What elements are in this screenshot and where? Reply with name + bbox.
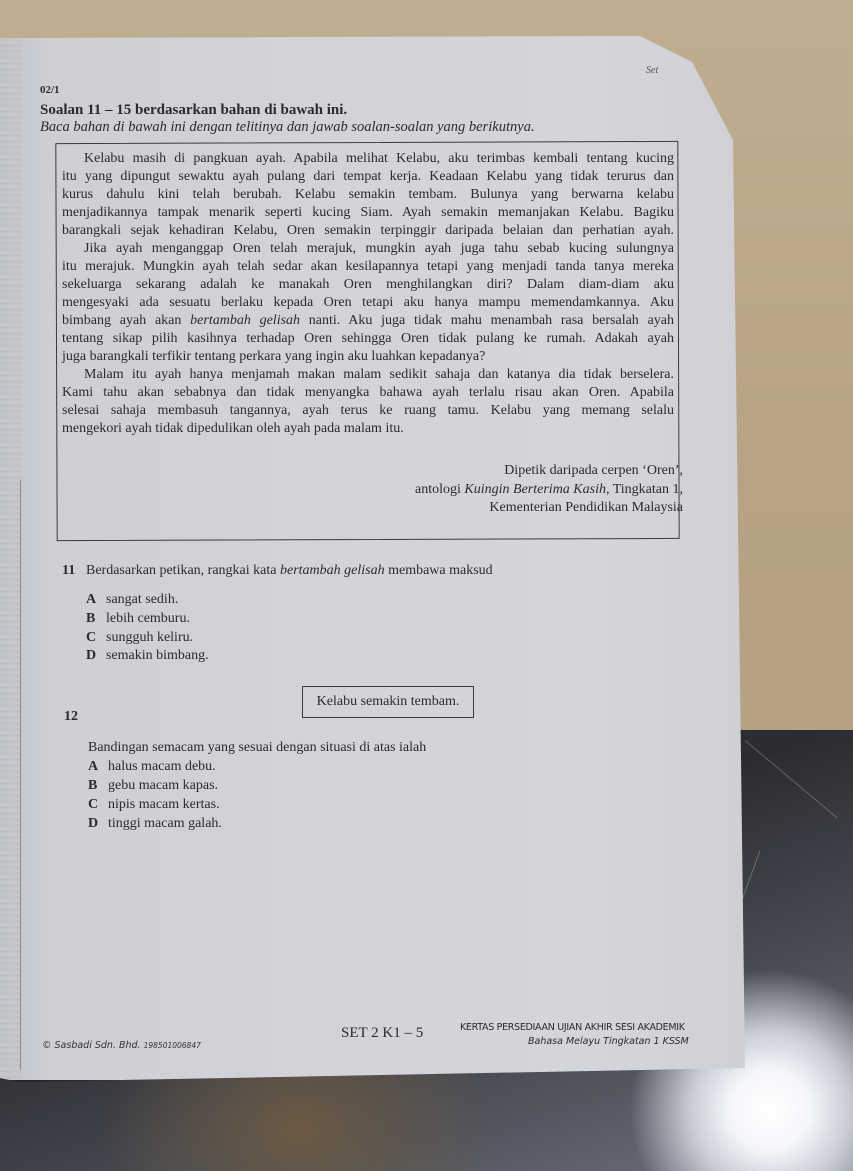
option-b[interactable]: Bgebu macam kapas. bbox=[88, 778, 218, 794]
option-text: sungguh keliru. bbox=[106, 630, 193, 645]
passage-line-end: nanti. Aku juga tidak mahu menambah rasa… bbox=[300, 313, 674, 328]
option-b[interactable]: Blebih cemburu. bbox=[86, 611, 190, 627]
passage-line: menjadikannya tampak menarik seperti kuc… bbox=[62, 204, 674, 222]
option-letter: C bbox=[86, 630, 106, 646]
passage-line: selesai sahaja membasuh tangannya, ayah … bbox=[62, 402, 674, 420]
highlighted-phrase: bertambah gelisah bbox=[190, 313, 300, 328]
option-d[interactable]: Dsemakin bimbang. bbox=[86, 648, 209, 664]
source-line-2: antologi Kuingin Berterima Kasih, Tingka… bbox=[415, 482, 683, 498]
source-suffix: , Tingkatan 1, bbox=[606, 482, 683, 497]
paper-code: 02/1 bbox=[40, 84, 60, 96]
option-a[interactable]: Ahalus macam debu. bbox=[88, 759, 216, 775]
passage-line: mengesyaki ada sesuatu berlaku kepada Or… bbox=[62, 294, 674, 312]
passage-line: Jika ayah menganggap Oren telah merajuk,… bbox=[62, 240, 674, 258]
section-instruction: Soalan 11 – 15 berdasarkan bahan di bawa… bbox=[40, 102, 347, 119]
question-stem: Bandingan semacam yang sesuai dengan sit… bbox=[88, 740, 426, 756]
option-d[interactable]: Dtinggi macam galah. bbox=[88, 816, 222, 832]
option-letter: D bbox=[86, 648, 106, 664]
question-stem: Berdasarkan petikan, rangkai kata bertam… bbox=[86, 563, 493, 579]
stem-prefix: Berdasarkan petikan, rangkai kata bbox=[86, 563, 280, 578]
page-edge-line bbox=[20, 480, 21, 1070]
source-line-3: Kementerian Pendidikan Malaysia bbox=[489, 500, 683, 516]
passage-line: Malam itu ayah hanya menjamah makan mala… bbox=[62, 366, 674, 384]
passage-line: Kelabu masih di pangkuan ayah. Apabila m… bbox=[62, 150, 674, 168]
passage-line: itu merajuk. Mungkin ayah telah sedar ak… bbox=[62, 258, 674, 276]
passage-line: barangkali sejak kehadiran Kelabu, Oren … bbox=[62, 222, 674, 240]
passage-line-start: bimbang ayah akan bbox=[62, 313, 190, 328]
stem-phrase: bertambah gelisah bbox=[280, 563, 385, 578]
option-c[interactable]: Csungguh keliru. bbox=[86, 630, 193, 646]
publisher-reg-no: 198501006847 bbox=[144, 1041, 201, 1050]
option-text: sangat sedih. bbox=[106, 592, 178, 607]
exam-paper: Set 02/1 Soalan 11 – 15 berdasarkan baha… bbox=[0, 0, 745, 1080]
option-letter: A bbox=[88, 759, 108, 775]
stacked-pages-edge bbox=[0, 40, 22, 1080]
option-text: tinggi macam galah. bbox=[108, 816, 222, 831]
stimulus-box: Kelabu semakin tembam. bbox=[302, 686, 474, 718]
option-letter: B bbox=[88, 778, 108, 794]
option-letter: B bbox=[86, 611, 106, 627]
source-prefix: antologi bbox=[415, 482, 464, 497]
option-text: semakin bimbang. bbox=[106, 648, 209, 663]
reading-instruction: Baca bahan di bawah ini dengan telitinya… bbox=[40, 119, 535, 136]
subject-label: Bahasa Melayu Tingkatan 1 KSSM bbox=[528, 1036, 689, 1047]
passage-line: Kami tahu akan sebabnya dan tidak menyan… bbox=[62, 384, 674, 402]
question-number: 12 bbox=[64, 709, 78, 725]
stem-suffix: membawa maksud bbox=[385, 563, 493, 578]
publisher-copyright: © Sasbadi Sdn. Bhd. 198501006847 bbox=[42, 1040, 201, 1051]
source-line-1: Dipetik daripada cerpen ‘Oren’, bbox=[504, 463, 683, 479]
passage-line: bimbang ayah akan bertambah gelisah nant… bbox=[62, 312, 674, 330]
option-a[interactable]: Asangat sedih. bbox=[86, 592, 178, 608]
publisher-name: © Sasbadi Sdn. Bhd. bbox=[42, 1040, 141, 1051]
passage-line: mengekori ayah tidak dipedulikan oleh ay… bbox=[62, 420, 674, 438]
corner-mark: Set bbox=[646, 65, 658, 76]
passage-line: itu yang dipungut sewaktu ayah pulang da… bbox=[62, 168, 674, 186]
option-c[interactable]: Cnipis macam kertas. bbox=[88, 797, 220, 813]
option-text: gebu macam kapas. bbox=[108, 778, 218, 793]
option-text: nipis macam kertas. bbox=[108, 797, 220, 812]
passage-line: juga barangkali terfikir tentang perkara… bbox=[62, 348, 674, 366]
passage-line: sekeluarga sekarang adalah ke manakah Or… bbox=[62, 276, 674, 294]
option-text: halus macam debu. bbox=[108, 759, 216, 774]
exam-title: KERTAS PERSEDIAAN UJIAN AKHIR SESI AKADE… bbox=[460, 1022, 685, 1033]
passage-line: kurus dahulu kini telah berubah. Kelabu … bbox=[62, 186, 674, 204]
passage-line: tentang sikap pilih kasihnya terhadap Or… bbox=[62, 330, 674, 348]
option-text: lebih cemburu. bbox=[106, 611, 190, 626]
option-letter: C bbox=[88, 797, 108, 813]
anthology-title: Kuingin Berterima Kasih bbox=[464, 482, 606, 497]
option-letter: D bbox=[88, 816, 108, 832]
question-number: 11 bbox=[62, 563, 75, 579]
option-letter: A bbox=[86, 592, 106, 608]
set-page-label: SET 2 K1 – 5 bbox=[341, 1025, 423, 1042]
